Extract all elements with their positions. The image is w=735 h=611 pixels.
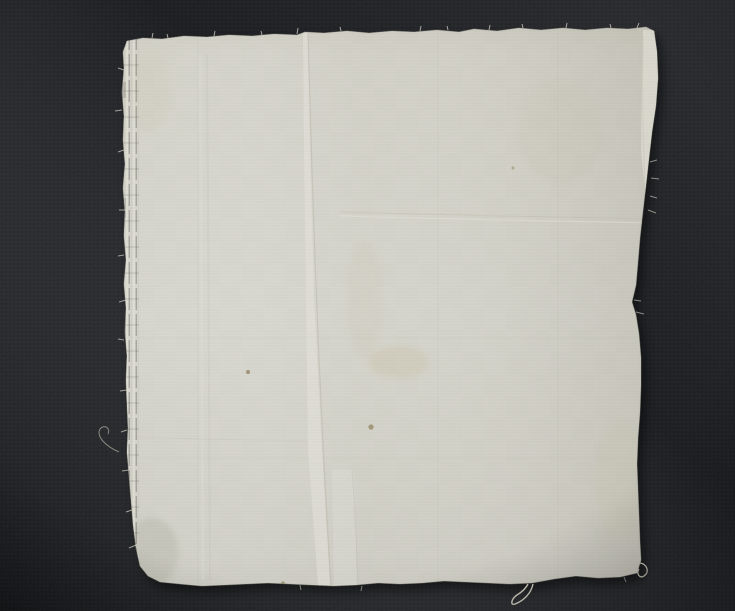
museum-photo-textile: [0, 0, 735, 611]
textile-photograph: [0, 0, 735, 611]
vignette: [0, 0, 735, 611]
